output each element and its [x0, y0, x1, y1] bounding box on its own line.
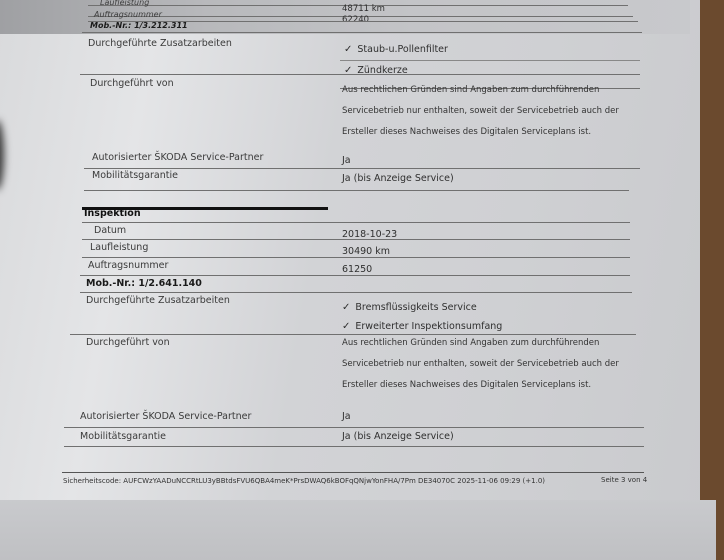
row-label-date: Datum	[94, 225, 126, 236]
additional-work-label-prev: Durchgeführte Zusatzarbeiten	[88, 38, 232, 49]
document-page: Laufleistung 48711 km Auftragsnummer 622…	[0, 0, 700, 560]
additional-work-item: ✓Erweiterter Inspektionsumfang	[342, 321, 502, 332]
check-icon: ✓	[344, 44, 352, 55]
check-icon: ✓	[342, 302, 350, 313]
page-number: Seite 3 von 4	[601, 476, 647, 484]
partner-value: Ja	[342, 411, 351, 422]
check-icon: ✓	[342, 321, 350, 332]
row-value-order-prev: 62240	[342, 15, 369, 25]
performed-by-text: Aus rechtlichen Gründen sind Angaben zum…	[342, 333, 619, 396]
mobility-label: Mobilitätsgarantie	[80, 431, 166, 442]
additional-work-label: Durchgeführte Zusatzarbeiten	[86, 295, 230, 306]
row-label-mileage: Laufleistung	[90, 242, 148, 253]
mobility-value-prev: Ja (bis Anzeige Service)	[342, 173, 454, 184]
row-label-order-prev: Auftragsnummer	[94, 10, 162, 19]
performed-by-label-prev: Durchgeführt von	[90, 78, 174, 89]
mobility-label-prev: Mobilitätsgarantie	[92, 170, 178, 181]
partner-label: Autorisierter ŠKODA Service-Partner	[80, 411, 251, 422]
row-label-mileage-prev: Laufleistung	[100, 0, 149, 7]
row-value-order-number: 61250	[342, 264, 372, 275]
additional-work-item: ✓Staub-u.Pollenfilter	[344, 44, 448, 55]
row-value-mileage: 30490 km	[342, 246, 390, 257]
paper-bottom-shade	[0, 500, 716, 560]
section-heading-inspektion: Inspektion	[84, 208, 141, 219]
partner-value-prev: Ja	[342, 155, 351, 166]
mobility-value: Ja (bis Anzeige Service)	[342, 431, 454, 442]
additional-work-item: ✓Bremsflüssigkeits Service	[342, 302, 477, 313]
row-value-mileage-prev: 48711 km	[342, 4, 385, 14]
shadow	[0, 120, 4, 190]
performed-by-text-prev: Aus rechtlichen Gründen sind Angaben zum…	[342, 80, 619, 143]
mob-nr: Mob.-Nr.: 1/2.641.140	[86, 278, 202, 289]
partner-label-prev: Autorisierter ŠKODA Service-Partner	[92, 152, 263, 163]
security-code: Sicherheitscode: AUFCWzYAADuNCCRtLU3yBBt…	[63, 477, 545, 485]
row-label-order-number: Auftragsnummer	[88, 260, 168, 271]
performed-by-label: Durchgeführt von	[86, 337, 170, 348]
mob-nr-prev: Mob.-Nr.: 1/3.212.311	[90, 21, 188, 30]
